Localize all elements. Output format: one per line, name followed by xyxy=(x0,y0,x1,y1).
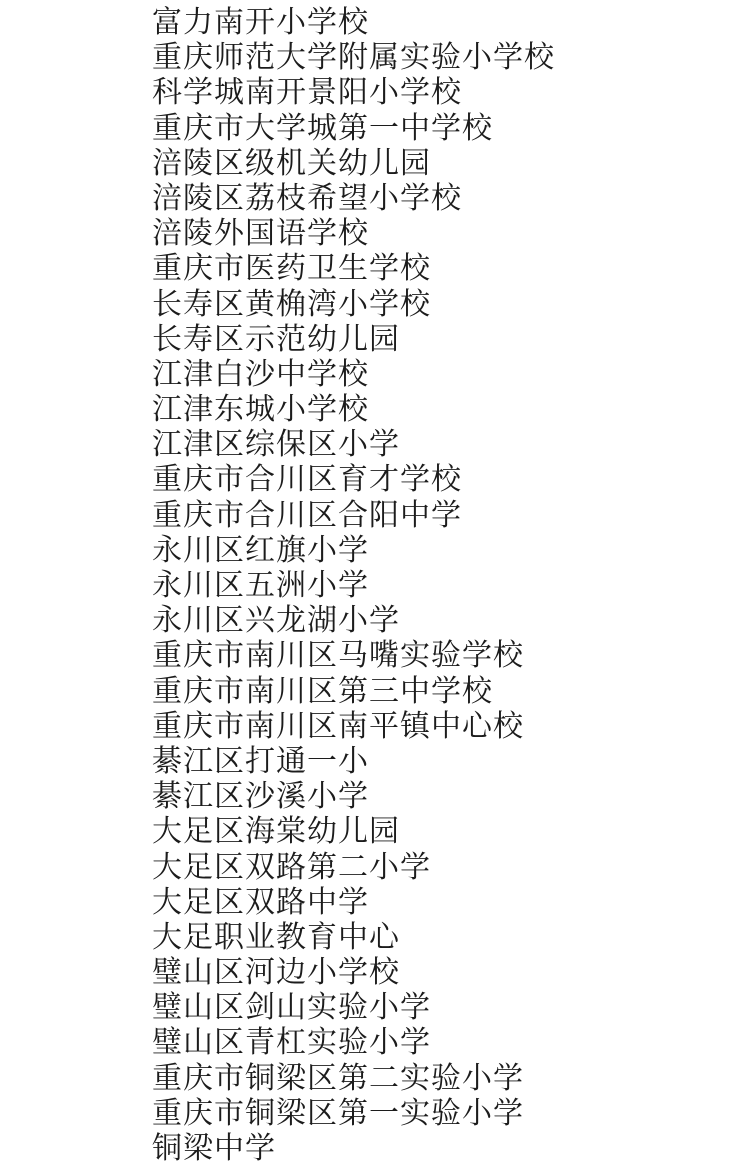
school-name-text: 大足区双路中学 xyxy=(152,886,369,919)
school-name-text: 重庆市铜梁区第一实验小学 xyxy=(152,1097,524,1130)
list-item: 科学城南开景阳小学校 xyxy=(152,75,750,110)
school-name-text: 铜梁中学 xyxy=(152,1132,276,1165)
list-item: 涪陵区荔枝希望小学校 xyxy=(152,181,750,216)
list-item: 大足区海棠幼儿园 xyxy=(152,814,750,849)
list-item: 重庆市合川区育才学校 xyxy=(152,462,750,497)
school-name-text: 江津区综保区小学 xyxy=(152,428,400,461)
list-item: 江津区综保区小学 xyxy=(152,427,750,462)
list-item: 江津东城小学校 xyxy=(152,392,750,427)
list-item: 江津白沙中学校 xyxy=(152,357,750,392)
school-name-text: 重庆市铜梁区第二实验小学 xyxy=(152,1062,524,1095)
list-item: 綦江区沙溪小学 xyxy=(152,779,750,814)
school-name-text: 富力南开小学校 xyxy=(152,6,369,39)
school-name-text: 大足区双路第二小学 xyxy=(152,851,431,884)
school-name-text: 永川区红旗小学 xyxy=(152,534,369,567)
school-name-text: 涪陵区级机关幼儿园 xyxy=(152,147,431,180)
school-name-text: 重庆市合川区育才学校 xyxy=(152,463,462,496)
school-name-text: 重庆市南川区第三中学校 xyxy=(152,675,493,708)
school-list-page: 富力南开小学校 重庆师范大学附属实验小学校 科学城南开景阳小学校 重庆市大学城第… xyxy=(0,0,750,1167)
school-name-text: 重庆市大学城第一中学校 xyxy=(152,112,493,145)
list-item: 大足区双路中学 xyxy=(152,885,750,920)
school-name-text: 永川区五洲小学 xyxy=(152,569,369,602)
list-item: 富力南开小学校 xyxy=(152,5,750,40)
list-item: 永川区红旗小学 xyxy=(152,533,750,568)
school-name-text: 重庆市医药卫生学校 xyxy=(152,252,431,285)
list-item: 重庆市铜梁区第二实验小学 xyxy=(152,1061,750,1096)
school-name-text: 璧山区河边小学校 xyxy=(152,956,400,989)
list-item: 重庆师范大学附属实验小学校 xyxy=(152,40,750,75)
list-item: 璧山区青杠实验小学 xyxy=(152,1025,750,1060)
list-item: 綦江区打通一小 xyxy=(152,744,750,779)
school-name-text: 大足职业教育中心 xyxy=(152,921,400,954)
list-item: 璧山区河边小学校 xyxy=(152,955,750,990)
list-item: 重庆市铜梁区第一实验小学 xyxy=(152,1096,750,1131)
list-item: 大足职业教育中心 xyxy=(152,920,750,955)
list-item: 长寿区示范幼儿园 xyxy=(152,322,750,357)
list-item: 重庆市南川区第三中学校 xyxy=(152,674,750,709)
list-item: 璧山区剑山实验小学 xyxy=(152,990,750,1025)
list-item: 涪陵外国语学校 xyxy=(152,216,750,251)
school-name-text: 重庆师范大学附属实验小学校 xyxy=(152,41,555,74)
list-item: 永川区兴龙湖小学 xyxy=(152,603,750,638)
list-item: 铜梁中学 xyxy=(152,1131,750,1166)
list-item: 重庆市医药卫生学校 xyxy=(152,251,750,286)
list-item: 长寿区黄桷湾小学校 xyxy=(152,287,750,322)
school-name-text: 璧山区青杠实验小学 xyxy=(152,1026,431,1059)
school-name-text: 科学城南开景阳小学校 xyxy=(152,76,462,109)
school-name-text: 涪陵外国语学校 xyxy=(152,217,369,250)
school-name-text: 大足区海棠幼儿园 xyxy=(152,815,400,848)
school-name-text: 江津白沙中学校 xyxy=(152,358,369,391)
school-name-text: 重庆市南川区南平镇中心校 xyxy=(152,710,524,743)
list-item: 涪陵区级机关幼儿园 xyxy=(152,146,750,181)
school-name-text: 涪陵区荔枝希望小学校 xyxy=(152,182,462,215)
school-list: 富力南开小学校 重庆师范大学附属实验小学校 科学城南开景阳小学校 重庆市大学城第… xyxy=(0,0,750,1166)
school-name-text: 长寿区示范幼儿园 xyxy=(152,323,400,356)
school-name-text: 长寿区黄桷湾小学校 xyxy=(152,288,431,321)
list-item: 重庆市大学城第一中学校 xyxy=(152,111,750,146)
school-name-text: 綦江区沙溪小学 xyxy=(152,780,369,813)
school-name-text: 江津东城小学校 xyxy=(152,393,369,426)
school-name-text: 璧山区剑山实验小学 xyxy=(152,991,431,1024)
list-item: 重庆市南川区南平镇中心校 xyxy=(152,709,750,744)
school-name-text: 重庆市南川区马嘴实验学校 xyxy=(152,639,524,672)
school-name-text: 永川区兴龙湖小学 xyxy=(152,604,400,637)
list-item: 重庆市合川区合阳中学 xyxy=(152,498,750,533)
school-name-text: 重庆市合川区合阳中学 xyxy=(152,499,462,532)
list-item: 永川区五洲小学 xyxy=(152,568,750,603)
list-item: 重庆市南川区马嘴实验学校 xyxy=(152,638,750,673)
list-item: 大足区双路第二小学 xyxy=(152,850,750,885)
school-name-text: 綦江区打通一小 xyxy=(152,745,369,778)
